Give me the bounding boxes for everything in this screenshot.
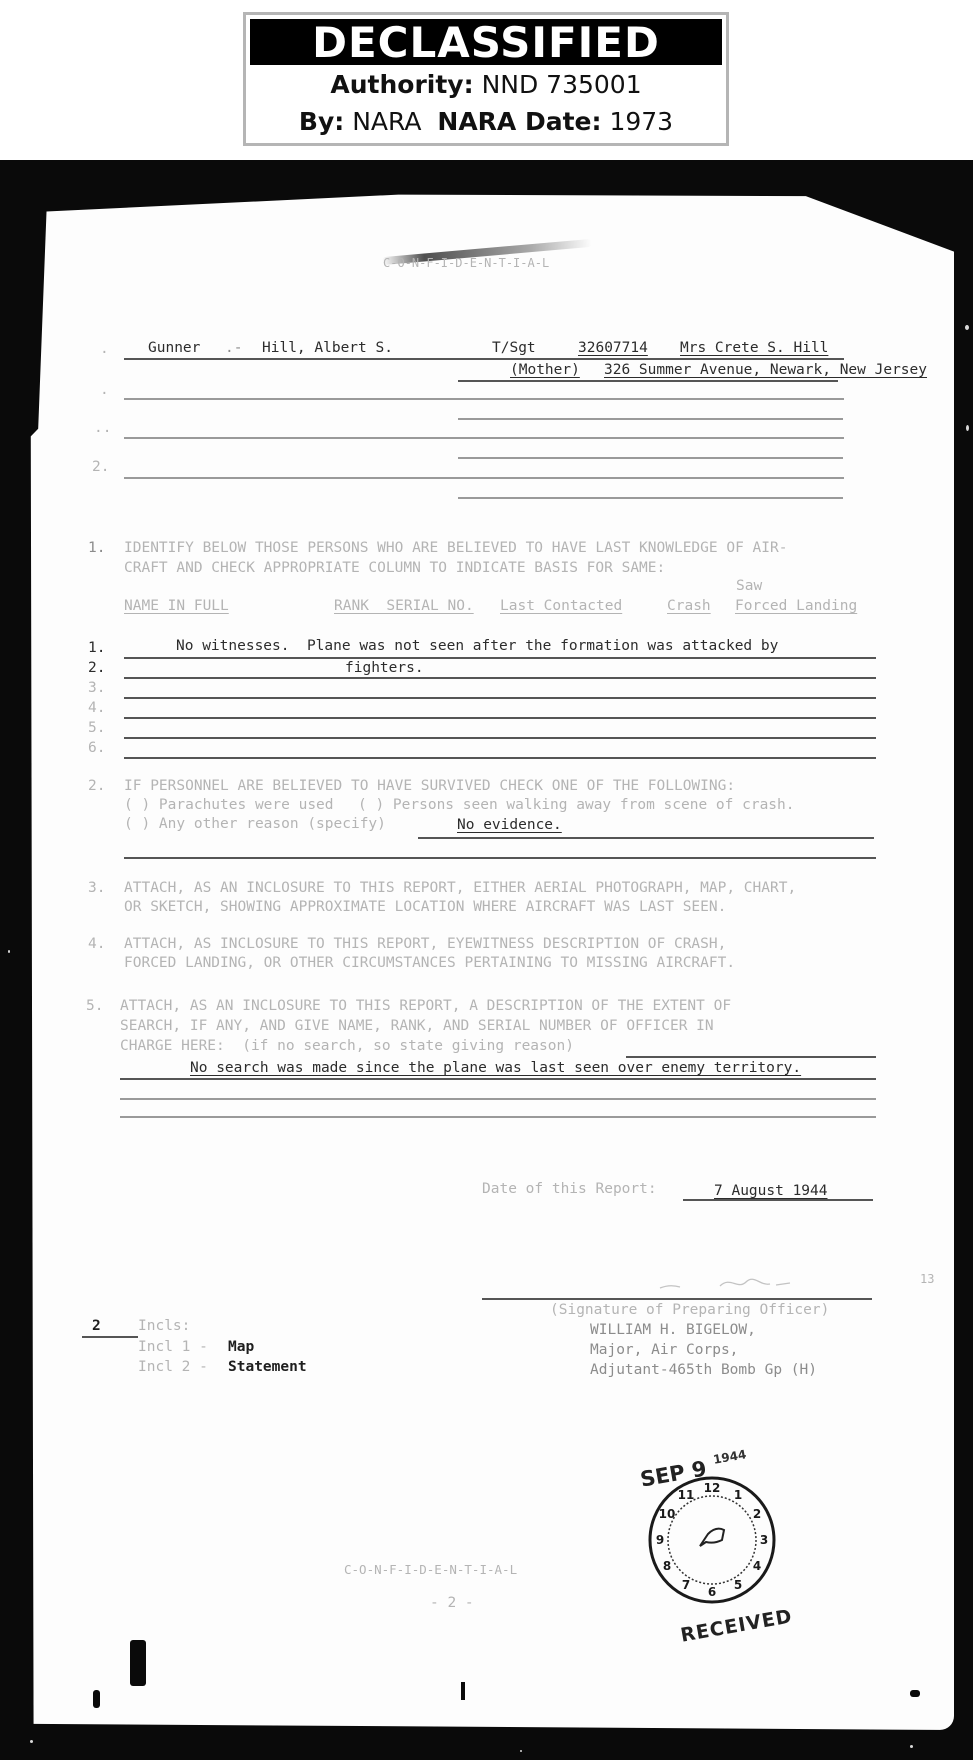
- officer-name: WILLIAM H. BIGELOW,: [590, 1322, 756, 1338]
- inclosure-map: Map: [228, 1339, 254, 1355]
- next-of-kin-field: Mrs Crete S. Hill: [680, 340, 828, 356]
- declassified-title: DECLASSIFIED: [250, 19, 722, 65]
- section-5-line-2: SEARCH, IF ANY, AND GIVE NAME, RANK, AND…: [120, 1018, 714, 1034]
- officer-rank: Major, Air Corps,: [590, 1342, 738, 1358]
- address-field: 326 Summer Avenue, Newark, New Jersey: [604, 362, 927, 378]
- option-parachutes: ( ) Parachutes were used: [124, 797, 334, 813]
- svg-text:11: 11: [678, 1488, 695, 1502]
- col-rank-serial: RANK SERIAL NO.: [334, 598, 474, 614]
- section-5-line-3: CHARGE HERE: (if no search, so state giv…: [120, 1038, 574, 1054]
- relationship-field: (Mother): [510, 362, 580, 378]
- report-date-value: 7 August 1944: [714, 1183, 828, 1199]
- section-5-answer: No search was made since the plane was l…: [190, 1060, 801, 1076]
- section-4-line-1: ATTACH, AS INCLOSURE TO THIS REPORT, EYE…: [124, 936, 726, 952]
- ink-blot: [130, 1640, 146, 1686]
- section-2-instruction: IF PERSONNEL ARE BELIEVED TO HAVE SURVIV…: [124, 778, 735, 794]
- margin-mark: 13: [920, 1272, 934, 1286]
- authority-label: Authority:: [330, 70, 473, 99]
- witness-entry-line-1: No witnesses. Plane was not seen after t…: [176, 638, 778, 654]
- section-3-line-1: ATTACH, AS AN INCLOSURE TO THIS REPORT, …: [124, 880, 796, 896]
- section-2-answer: No evidence.: [457, 817, 562, 833]
- svg-text:12: 12: [704, 1481, 721, 1495]
- nara-date-label: NARA Date:: [437, 107, 601, 136]
- signature-caption: (Signature of Preparing Officer): [550, 1302, 829, 1318]
- svg-text:8: 8: [663, 1559, 671, 1573]
- option-walking: ( ) Persons seen walking away from scene…: [358, 797, 795, 813]
- classification-footer: C-O-N-F-I-D-E-N-T-I-A-L: [344, 1562, 517, 1577]
- svg-text:2: 2: [753, 1507, 761, 1521]
- signature-scribble: [650, 1272, 810, 1294]
- col-forced-landing: Forced Landing: [735, 598, 857, 614]
- section-4-line-2: FORCED LANDING, OR OTHER CIRCUMSTANCES P…: [124, 955, 735, 971]
- col-name: NAME IN FULL: [124, 598, 229, 614]
- classification-header: C-O-N-F-I-D-E-N-T-I-A-L: [383, 256, 549, 270]
- authority-value: NND 735001: [482, 70, 642, 99]
- svg-text:6: 6: [708, 1585, 716, 1599]
- section-5-line-1: ATTACH, AS AN INCLOSURE TO THIS REPORT, …: [120, 998, 731, 1014]
- report-date-label: Date of this Report:: [482, 1181, 657, 1197]
- inclosure-statement: Statement: [228, 1359, 307, 1375]
- svg-text:1: 1: [734, 1488, 742, 1502]
- nara-date-value: 1973: [609, 107, 673, 136]
- section-1-instruction-2: CRAFT AND CHECK APPROPRIATE COLUMN TO IN…: [124, 560, 665, 576]
- section-1-instruction-1: IDENTIFY BELOW THOSE PERSONS WHO ARE BEL…: [124, 540, 787, 556]
- section-2-number: 2.: [88, 778, 105, 794]
- svg-text:7: 7: [682, 1578, 690, 1592]
- witness-entry-line-2: fighters.: [345, 660, 424, 676]
- col-crash: Crash: [667, 598, 711, 614]
- section-3-line-2: OR SKETCH, SHOWING APPROXIMATE LOCATION …: [124, 899, 726, 915]
- inclosure-count: 2: [92, 1318, 101, 1334]
- section-5-number: 5.: [86, 998, 103, 1014]
- serial-number-field: 32607714: [578, 340, 648, 356]
- officer-title: Adjutant-465th Bomb Gp (H): [590, 1362, 817, 1378]
- section-1-number: 1.: [88, 540, 105, 556]
- svg-text:3: 3: [760, 1533, 768, 1547]
- name-field: Hill, Albert S.: [262, 340, 393, 356]
- position-field: Gunner: [148, 340, 200, 356]
- inclosures-label: Incls:: [138, 1318, 190, 1334]
- declassified-banner: DECLASSIFIED Authority: NND 735001 By: N…: [243, 12, 729, 146]
- authority-line: Authority: NND 735001: [246, 70, 726, 99]
- by-value: NARA: [352, 107, 421, 136]
- section-4-number: 4.: [88, 936, 105, 952]
- svg-text:4: 4: [753, 1559, 761, 1573]
- col-contact: Last Contacted: [500, 598, 622, 614]
- svg-text:10: 10: [659, 1507, 676, 1521]
- svg-text:5: 5: [734, 1578, 742, 1592]
- page-number: - 2 -: [430, 1595, 474, 1611]
- svg-text:9: 9: [656, 1533, 664, 1547]
- section-3-number: 3.: [88, 880, 105, 896]
- col-saw: Saw: [736, 578, 762, 594]
- option-other: ( ) Any other reason (specify): [124, 816, 386, 832]
- rank-field: T/Sgt: [492, 340, 536, 356]
- by-label: By:: [299, 107, 344, 136]
- by-line: By: NARA NARA Date: 1973: [246, 107, 726, 136]
